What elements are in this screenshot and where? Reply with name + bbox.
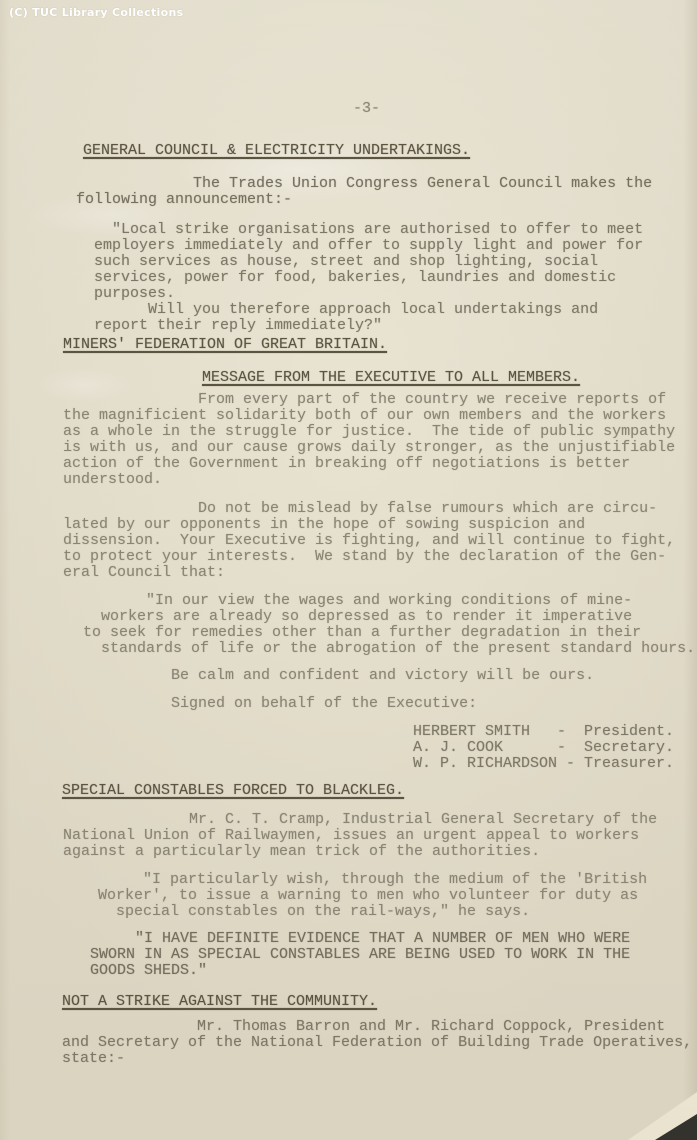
paragraph-barron-coppock: Mr. Thomas Barron and Mr. Richard Coppoc… — [62, 1019, 692, 1067]
quote-wages-conditions: "In our view the wages and working condi… — [83, 593, 695, 657]
paragraph-false-rumours: Do not be mislead by false rumours which… — [63, 501, 675, 581]
quote-british-worker-warning: "I particularly wish, through the medium… — [98, 872, 647, 920]
subheading-message-executive: MESSAGE FROM THE EXECUTIVE TO ALL MEMBER… — [202, 370, 580, 386]
line-signed-on-behalf: Signed on behalf of the Executive: — [63, 696, 477, 712]
signature-block: HERBERT SMITH - President. A. J. COOK - … — [413, 724, 674, 772]
paragraph-solidarity: From every part of the country we receiv… — [63, 392, 675, 488]
heading-special-constables: SPECIAL CONSTABLES FORCED TO BLACKLEG. — [62, 783, 404, 799]
page-number: -3- — [353, 101, 380, 117]
line-be-calm: Be calm and confident and victory will b… — [63, 668, 594, 684]
paragraph-announcement-intro: The Trades Union Congress General Counci… — [76, 176, 652, 208]
scanned-document-page: (C) TUC Library Collections -3- GENERAL … — [0, 0, 697, 1140]
heading-not-a-strike: NOT A STRIKE AGAINST THE COMMUNITY. — [62, 994, 377, 1010]
heading-miners-federation: MINERS' FEDERATION OF GREAT BRITAIN. — [63, 337, 387, 353]
collection-watermark: (C) TUC Library Collections — [9, 6, 183, 19]
heading-general-council-electricity: GENERAL COUNCIL & ELECTRICITY UNDERTAKIN… — [83, 143, 470, 159]
paragraph-cramp-appeal: Mr. C. T. Cramp, Industrial General Secr… — [63, 812, 657, 860]
quote-definite-evidence: "I HAVE DEFINITE EVIDENCE THAT A NUMBER … — [90, 931, 630, 979]
quote-local-strike-organisations: "Local strike organisations are authoris… — [94, 222, 643, 334]
